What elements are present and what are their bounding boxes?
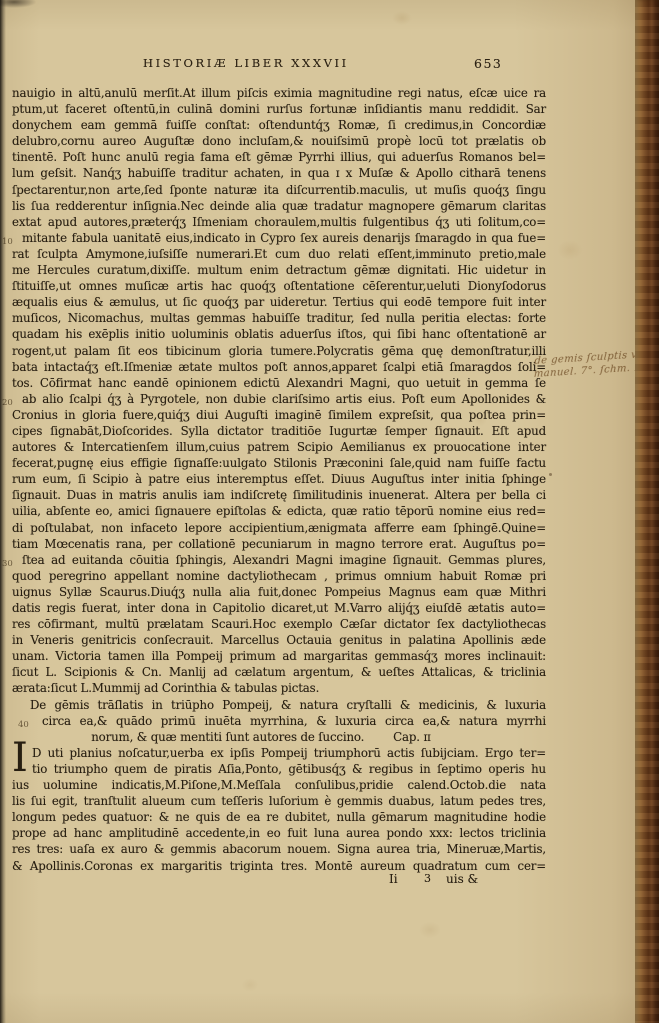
scan-left-edge (0, 0, 6, 1023)
text-line: res tres: uaſa ex auro & gemmis abacorum… (12, 841, 546, 857)
signature-line: Ii 3 uis & (0, 872, 659, 888)
text-line: ærata:ſicut L.Mummij ad Corinthia & tabu… (12, 680, 546, 696)
text-line: nauigio in altū,anulū merſit.At illum pi… (12, 85, 546, 101)
text-line: donychem eam gemmā fuiſſe conſtat: oſten… (12, 117, 546, 133)
quire-signature-number: 3 (424, 872, 431, 885)
text-line: circa ea,& quādo primū inuēta myrrhina, … (12, 713, 546, 729)
page-number: 653 (474, 56, 502, 71)
text-line: rum eum, ſi Scipio à patre eius interemp… (12, 471, 546, 487)
text-line: ſignauit. Duas in matris anulis iam indi… (12, 487, 546, 503)
text-line: ſtea ad euitanda cōuitia ſphingis, Alexa… (12, 552, 546, 568)
text-line: extat apud autores,præterq́ʒ Iſmeniam ch… (12, 214, 546, 230)
text-line: ſtituiſſe,ut omnes muſicæ artis hac quoq… (12, 278, 546, 294)
text-line: De gēmis trāſlatis in triūpho Pompeij, &… (12, 697, 546, 713)
text-line: æqualis eius & æmulus, ut ſic quoq́ʒ par… (12, 294, 546, 310)
text-line: lis ſui egit, tranſtulit alueum cum teſſ… (12, 793, 546, 809)
text-line: di poſtulabat, non infaceto lepore accip… (12, 520, 546, 536)
text-line: delubro,cornu aureo Auguſtæ dono incluſa… (12, 133, 546, 149)
text-line: res cōfirmant, multū prælatam Scauri.Hoc… (12, 616, 546, 632)
text-line: longum pedes quatuor: & ne quis de ea re… (12, 809, 546, 825)
text-line: autores & Intercatienſem illum,cuius pat… (12, 439, 546, 455)
text-block: I nauigio in altū,anulū merſit.At illum … (12, 85, 546, 874)
text-line: rogent,ut palam ſit eos tibicinum gloria… (12, 343, 546, 359)
catchword: uis & (446, 872, 478, 886)
text-line: bata intactaq́ʒ eſt.Iſmeniæ ætate multos… (12, 359, 546, 375)
text-line: tinentē. Poſt hunc anulū regia fama eſt … (12, 149, 546, 165)
text-line: lum geſsit. Nanq́ʒ habuiſſe traditur ach… (12, 165, 546, 181)
text-line: norum, & quæ mentiti ſunt autores de ſuc… (12, 729, 546, 745)
ink-spot (549, 473, 552, 476)
text-line: me Hercules curatum,dixiſſe. multum enim… (12, 262, 546, 278)
text-line: quadam his exēplis initio uoluminis obla… (12, 326, 546, 342)
text-line: ſpectarentur,non arte,ſed ſponte naturæ … (12, 182, 546, 198)
scanned-book-page: HISTORIÆ LIBER XXXVII 653 I nauigio in a… (0, 0, 659, 1023)
text-line: ius uolumine indicatis,M.Piſone,M.Meſſal… (12, 777, 546, 793)
text-line: Cronius in gloria fuere,quiq́ʒ diui Augu… (12, 407, 546, 423)
running-header-title: HISTORIÆ LIBER XXXVII (143, 56, 349, 70)
text-line: uilia, abſente eo, amici ſignauere epiſt… (12, 503, 546, 519)
text-line: lis ſua redderentur inſignia.Nec deinde … (12, 198, 546, 214)
text-line: datis regis fuerat, inter dona in Capito… (12, 600, 546, 616)
text-line: ptum,ut faceret oſtentū,in culinā domini… (12, 101, 546, 117)
text-line: rat ſculpta Amymone,iuſsiſſe numerari.Et… (12, 246, 546, 262)
text-line: tos. Cōfirmat hanc eandē opinionem edict… (12, 375, 546, 391)
book-binding-edge (635, 0, 659, 1023)
text-line: mitante fabula uanitatē eius,indicato in… (12, 230, 546, 246)
text-line: cipes ſignabāt,Dioſcorides. Sylla dictat… (12, 423, 546, 439)
text-line: tio triumpho quem de piratis Aſia,Ponto,… (12, 761, 546, 777)
text-line: in Veneris genitricis conſecrauit. Marce… (12, 632, 546, 648)
text-line: uignus Syllæ Scaurus.Diuq́ʒ nulla alia f… (12, 584, 546, 600)
text-line: D uti planius noſcatur,uerba ex ipſis Po… (12, 745, 546, 761)
text-line: fecerat,pugnę eius effigie ſignaſſe:uulg… (12, 455, 546, 471)
text-line: ſicut L. Scipionis & Cn. Manlij ad cælat… (12, 664, 546, 680)
text-line: unam. Victoria tamen illa Pompeij primum… (12, 648, 546, 664)
text-line: quod peregrino appellant nomine dactylio… (12, 568, 546, 584)
page-header: HISTORIÆ LIBER XXXVII 653 (0, 56, 659, 74)
text-line: ab alio ſcalpi q́ʒ à Pyrgotele, non dubi… (12, 391, 546, 407)
quire-signature: Ii (389, 872, 398, 886)
text-line: prope ad hanc amplitudinē accedente,in e… (12, 825, 546, 841)
text-line: tiam Mœcenatis rana, per collationē pecu… (12, 536, 546, 552)
text-line: muſicos, Nicomachus, multas gemmas habui… (12, 310, 546, 326)
